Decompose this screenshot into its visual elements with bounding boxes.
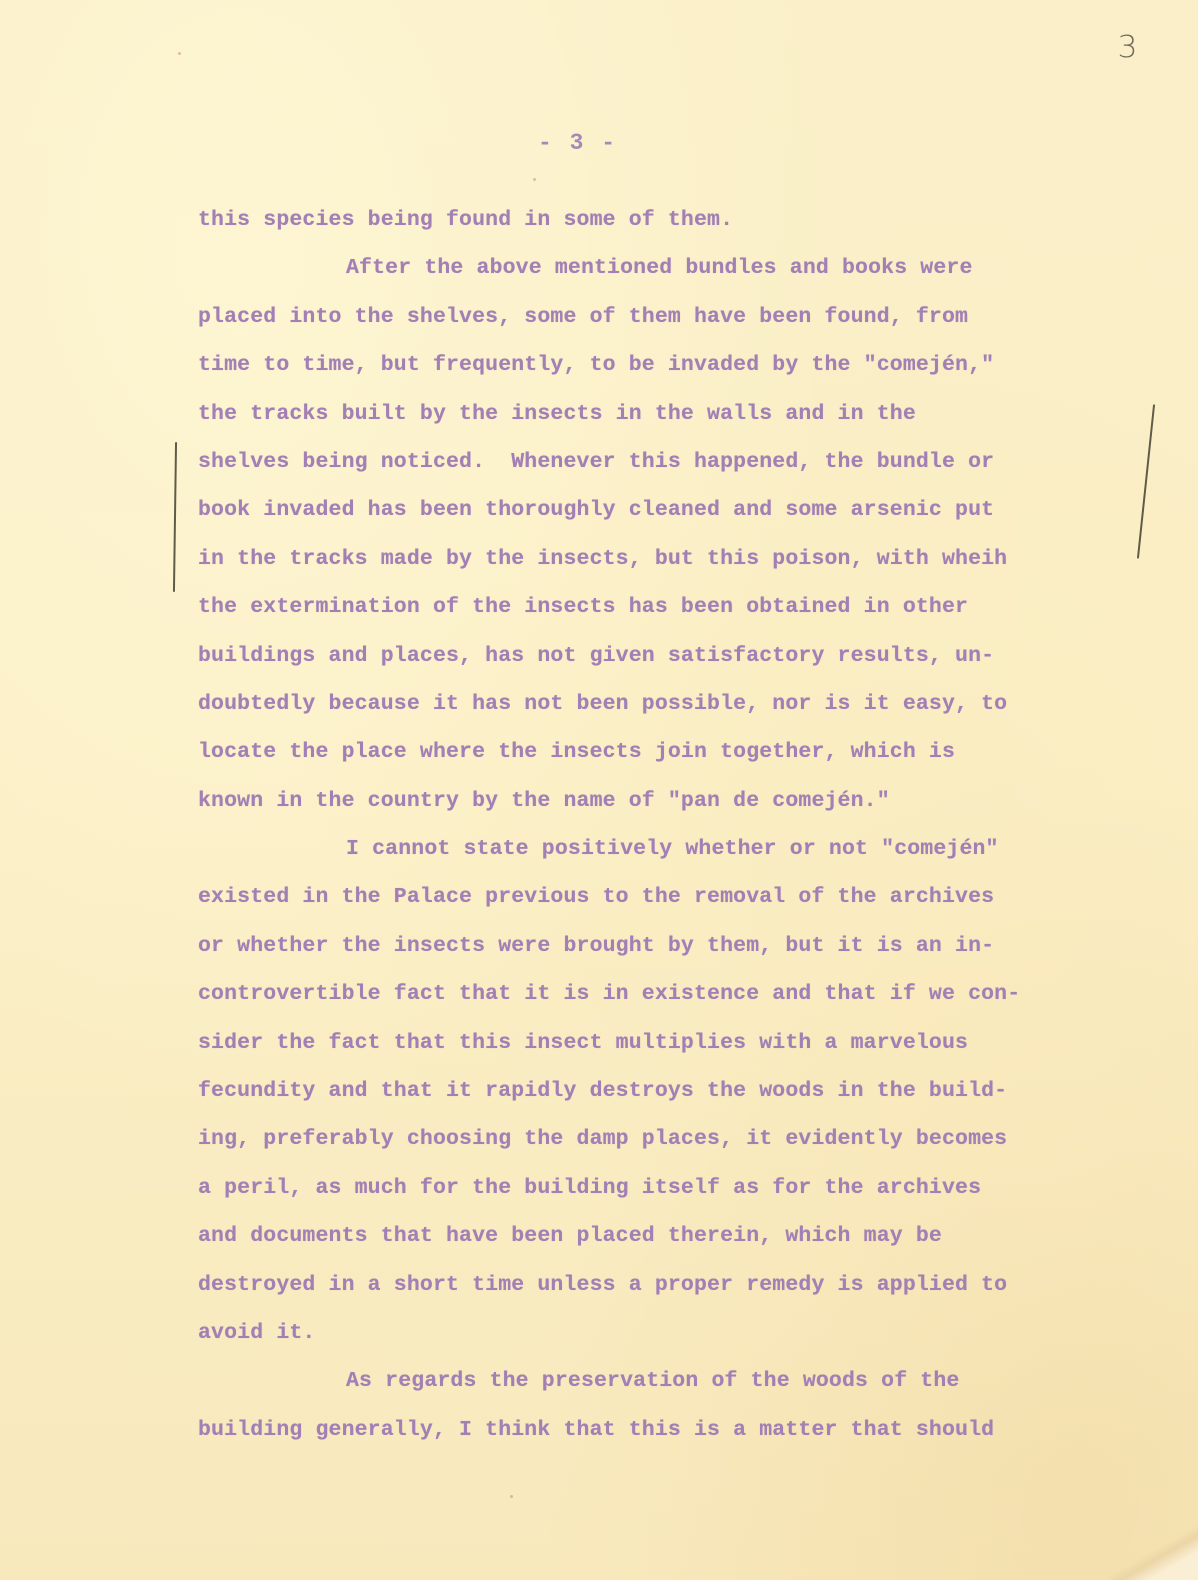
text-line: After the above mentioned bundles and bo… — [198, 244, 1128, 292]
margin-mark-right — [1137, 404, 1155, 558]
text-line: in the tracks made by the insects, but t… — [198, 535, 1128, 583]
text-line: locate the place where the insects join … — [198, 728, 1128, 776]
handwritten-page-number: 3 — [1118, 30, 1138, 65]
text-line: building generally, I think that this is… — [198, 1406, 1128, 1454]
text-line: the tracks built by the insects in the w… — [198, 390, 1128, 438]
text-line: destroyed in a short time unless a prope… — [198, 1261, 1128, 1309]
text-line: or whether the insects were brought by t… — [198, 922, 1128, 970]
text-line: book invaded has been thoroughly cleaned… — [198, 486, 1128, 534]
text-line: this species being found in some of them… — [198, 196, 1128, 244]
text-line: a peril, as much for the building itself… — [198, 1164, 1128, 1212]
text-line: avoid it. — [198, 1309, 1128, 1357]
paper-speck — [533, 178, 536, 181]
page-corner-fold — [1108, 1520, 1198, 1580]
text-line: ing, preferably choosing the damp places… — [198, 1115, 1128, 1163]
text-line: As regards the preservation of the woods… — [198, 1357, 1128, 1405]
text-line: the extermination of the insects has bee… — [198, 583, 1128, 631]
text-line: shelves being noticed. Whenever this hap… — [198, 438, 1128, 486]
text-line: and documents that have been placed ther… — [198, 1212, 1128, 1260]
document-body: this species being found in some of them… — [198, 196, 1128, 1454]
text-line: time to time, but frequently, to be inva… — [198, 341, 1128, 389]
text-line: I cannot state positively whether or not… — [198, 825, 1128, 873]
text-line: fecundity and that it rapidly destroys t… — [198, 1067, 1128, 1115]
typed-page-header: - 3 - — [538, 130, 617, 156]
text-line: sider the fact that this insect multipli… — [198, 1019, 1128, 1067]
paper-speck — [178, 52, 181, 55]
paper-speck — [510, 1495, 513, 1498]
text-line: buildings and places, has not given sati… — [198, 632, 1128, 680]
text-line: placed into the shelves, some of them ha… — [198, 293, 1128, 341]
text-line: doubtedly because it has not been possib… — [198, 680, 1128, 728]
text-line: existed in the Palace previous to the re… — [198, 873, 1128, 921]
margin-mark-left — [173, 442, 177, 592]
text-line: controvertible fact that it is in existe… — [198, 970, 1128, 1018]
text-line: known in the country by the name of "pan… — [198, 777, 1128, 825]
